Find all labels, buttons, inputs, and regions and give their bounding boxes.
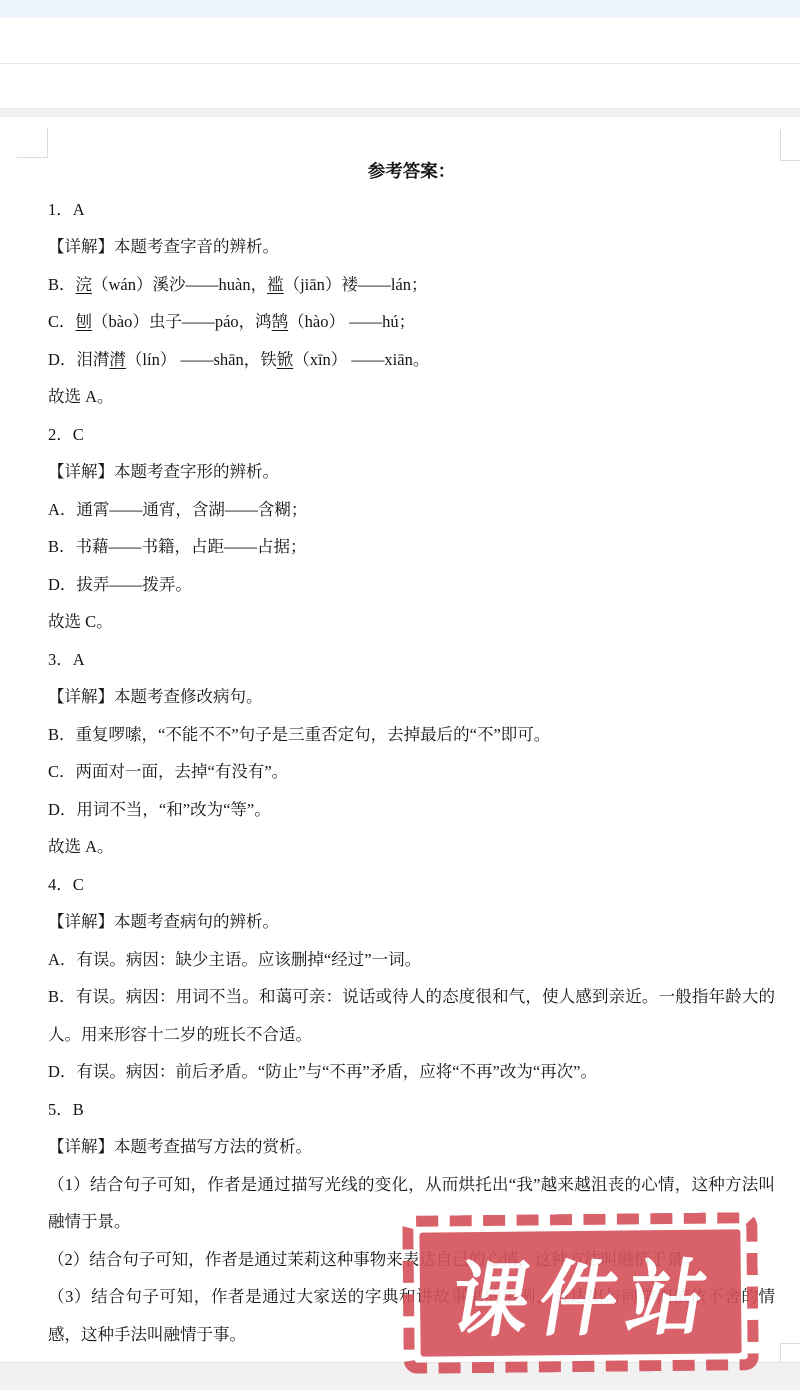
margin-corner-mark xyxy=(780,1343,800,1344)
paragraph-line: 2．C xyxy=(48,416,775,454)
paragraph-line: D．拔弄——拨弄。 xyxy=(48,566,775,604)
margin-corner-mark xyxy=(780,160,800,161)
paragraph-line: D．泪潸潸（lín） ——shān，铁锨（xīn） ——xiān。 xyxy=(48,341,775,379)
paragraph-line: B．浣（wán）溪沙——huàn，褴（jiān）褛——lán； xyxy=(48,266,775,304)
paragraph-line: （2）结合句子可知，作者是通过茉莉这种事物来表达自己的心情，这种方法叫融情于景。 xyxy=(48,1241,775,1279)
header-spacer xyxy=(0,18,800,64)
paragraph-line: 【详解】本题考查字形的辨析。 xyxy=(48,453,775,491)
paragraph-line: 【详解】本题考查字音的辨析。 xyxy=(48,228,775,266)
paragraph-line: D．有误。病因：前后矛盾。“防止”与“不再”矛盾，应将“不再”改为“再次”。 xyxy=(48,1053,775,1091)
paragraph-line: 3．A xyxy=(48,641,775,679)
canvas-gap-top xyxy=(0,109,800,117)
document-paragraphs: 1．A【详解】本题考查字音的辨析。B．浣（wán）溪沙——huàn，褴（jiān… xyxy=(48,191,775,1354)
paragraph-line: B．书藉——书籍，占距——占据； xyxy=(48,528,775,566)
paragraph-line: （1）结合句子可知，作者是通过描写光线的变化，从而烘托出“我”越来越沮丧的心情，… xyxy=(48,1166,775,1241)
paragraph-line: A．有误。病因：缺少主语。应该删掉“经过”一词。 xyxy=(48,941,775,979)
paragraph-line: D．用词不当，“和”改为“等”。 xyxy=(48,791,775,829)
margin-corner-mark xyxy=(17,157,48,158)
paragraph-line: 5．B xyxy=(48,1091,775,1129)
paragraph-line: C．两面对一面，去掉“有没有”。 xyxy=(48,753,775,791)
paragraph-line: B．重复啰嗦，“不能不不”句子是三重否定句，去掉最后的“不”即可。 xyxy=(48,716,775,754)
paragraph-line: 【详解】本题考查病句的辨析。 xyxy=(48,903,775,941)
paragraph-line: 【详解】本题考查描写方法的赏析。 xyxy=(48,1128,775,1166)
window-top-band xyxy=(0,0,800,18)
paragraph-line: 【详解】本题考查修改病句。 xyxy=(48,678,775,716)
paragraph-line: B．有误。病因：用词不当。和蔼可亲：说话或待人的态度很和气，使人感到亲近。一般指… xyxy=(48,978,775,1053)
paragraph-line: 故选 A。 xyxy=(48,828,775,866)
paragraph-line: （3）结合句子可知，作者是通过大家送的字典和讲故事书的事例，表达出与同学们依依不… xyxy=(48,1278,775,1353)
paragraph-line: 故选 C。 xyxy=(48,603,775,641)
paragraph-line: C．刨（bào）虫子——páo，鸿鹄（hào） ——hú； xyxy=(48,303,775,341)
document-title: 参考答案： xyxy=(48,153,775,191)
margin-corner-mark xyxy=(780,130,781,161)
paragraph-line: 4．C xyxy=(48,866,775,904)
viewer-toolbar: 1:1 实际大小 适合页宽 6/12 xyxy=(0,64,800,109)
paragraph-line: 1．A xyxy=(48,191,775,229)
margin-corner-mark xyxy=(780,1343,781,1362)
document-content: 参考答案： 1．A【详解】本题考查字音的辨析。B．浣（wán）溪沙——huàn，… xyxy=(48,117,775,1353)
paragraph-line: 故选 A。 xyxy=(48,378,775,416)
paragraph-line: A．通霄——通宵，含湖——含糊； xyxy=(48,491,775,529)
canvas-gap-bottom xyxy=(0,1362,800,1390)
